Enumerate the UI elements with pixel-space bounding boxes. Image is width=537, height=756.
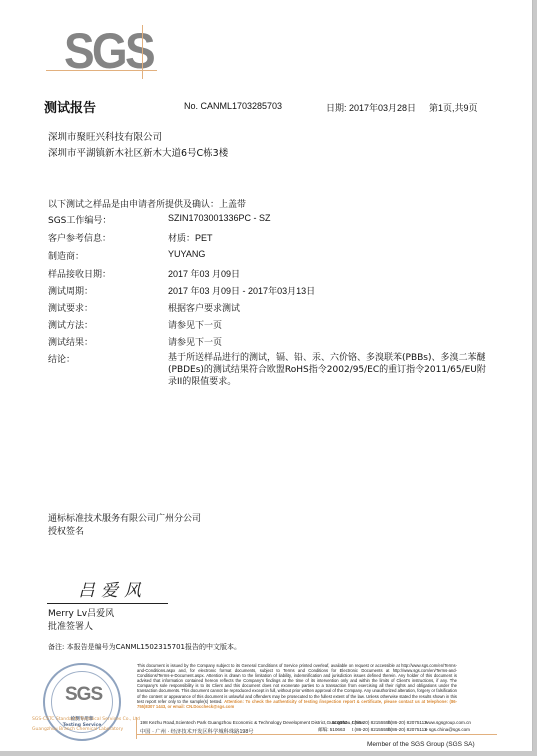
member-of-sgs-group: Member of the SGS Group (SGS SA) xyxy=(367,741,475,748)
field-value-test-period: 2017 年03 月09日 - 2017年03月13日 xyxy=(168,284,315,297)
disclaimer-body: This document is issued by the Company s… xyxy=(137,663,457,704)
report-title: 测试报告 xyxy=(44,97,96,116)
logo-accent-vertical-line xyxy=(142,25,143,79)
footer-postcode-cn: 邮编: 510663 xyxy=(318,727,345,733)
field-value-test-result: 请参见下一页 xyxy=(168,335,222,348)
sample-intro: 以下测试之样品是由申请者所提供及确认：上盖带 xyxy=(48,197,246,210)
field-value-test-requirement: 根据客户要求测试 xyxy=(168,301,240,314)
legal-disclaimer: This document is issued by the Company s… xyxy=(137,663,457,709)
field-value-customer-ref: 材质：PET xyxy=(168,231,213,244)
field-value-job-no: SZIN1703001336PC - SZ xyxy=(168,213,271,223)
footer-tel-en: t (86-20) 82155555 xyxy=(352,720,391,725)
stamp-sgs-logo: SGS xyxy=(65,684,102,706)
field-label-customer-ref: 客户参考信息： xyxy=(48,231,111,244)
stamp-company-band: SGS-CSTC Standards Technical Services Co… xyxy=(32,717,140,722)
sgs-logo-text: SGS xyxy=(64,26,153,76)
field-label-test-requirement: 测试要求： xyxy=(48,301,93,314)
field-label-manufacturer: 制造商： xyxy=(48,249,84,262)
report-number: No. CANML1703285703 xyxy=(184,101,282,111)
field-label-receipt-date: 样品接收日期： xyxy=(48,267,111,280)
field-value-manufacturer: YUYANG xyxy=(168,249,205,259)
issuer-role: 授权签名 xyxy=(48,524,84,537)
signatory-name: Merry Lv吕爱风 xyxy=(48,606,114,619)
stamp-lab-band: Guangzhou Branch Chemical Laboratory xyxy=(32,727,123,732)
document-page: SGS 测试报告 No. CANML1703285703 日期: 2017年03… xyxy=(0,0,533,751)
footer-postcode-en: 510663 xyxy=(332,720,347,725)
footer-email[interactable]: e sgs.china@sgs.com xyxy=(425,727,470,732)
field-label-test-period: 测试周期： xyxy=(48,284,93,297)
signature-line xyxy=(47,603,168,604)
footer-tel-cn: t (86-20) 82155555 xyxy=(352,727,391,732)
field-value-conclusion: 基于所送样品进行的测试，镉、铅、汞、六价铬、多溴联苯(PBBs)、多溴二苯醚(P… xyxy=(168,352,488,388)
field-label-test-result: 测试结果： xyxy=(48,335,93,348)
field-label-job-no: SGS工作编号： xyxy=(48,213,111,226)
footer-fax-cn: f (86-20) 82075113 xyxy=(388,727,427,732)
field-value-receipt-date: 2017 年03 月09日 xyxy=(168,267,240,280)
handwritten-signature: 吕爱风 xyxy=(78,576,147,601)
footer-fax-en: f (86-20) 82075113 xyxy=(388,720,427,725)
issuer-name: 通标标准技术服务有限公司广州分公司 xyxy=(48,511,201,524)
footer-address-cn: 中国 · 广州 · 经济技术开发区科学城科珠路198号 xyxy=(140,727,254,735)
logo-accent-horizontal-line xyxy=(46,70,157,71)
report-note: 备注: 本报告是编号为CANML1502315701报告的中文版本。 xyxy=(48,642,241,652)
field-label-conclusion: 结论： xyxy=(48,352,75,365)
footer-website[interactable]: www.sgsgroup.com.cn xyxy=(425,720,471,725)
page-indicator: 第1页,共9页 xyxy=(429,101,478,114)
field-label-test-method: 测试方法： xyxy=(48,318,93,331)
footer-address-en: 198 Kezhu Road,Scientech Park Guangzhou … xyxy=(140,720,364,725)
applicant-address: 深圳市平湖镇新木社区新木大道6号C栋3楼 xyxy=(48,145,228,159)
footer-accent-vertical-line xyxy=(136,717,137,739)
applicant-company: 深圳市聚旺兴科技有限公司 xyxy=(48,129,162,143)
report-date: 日期: 2017年03月28日 xyxy=(326,101,416,114)
field-value-test-method: 请参见下一页 xyxy=(168,318,222,331)
signatory-role: 批准签署人 xyxy=(48,619,93,632)
